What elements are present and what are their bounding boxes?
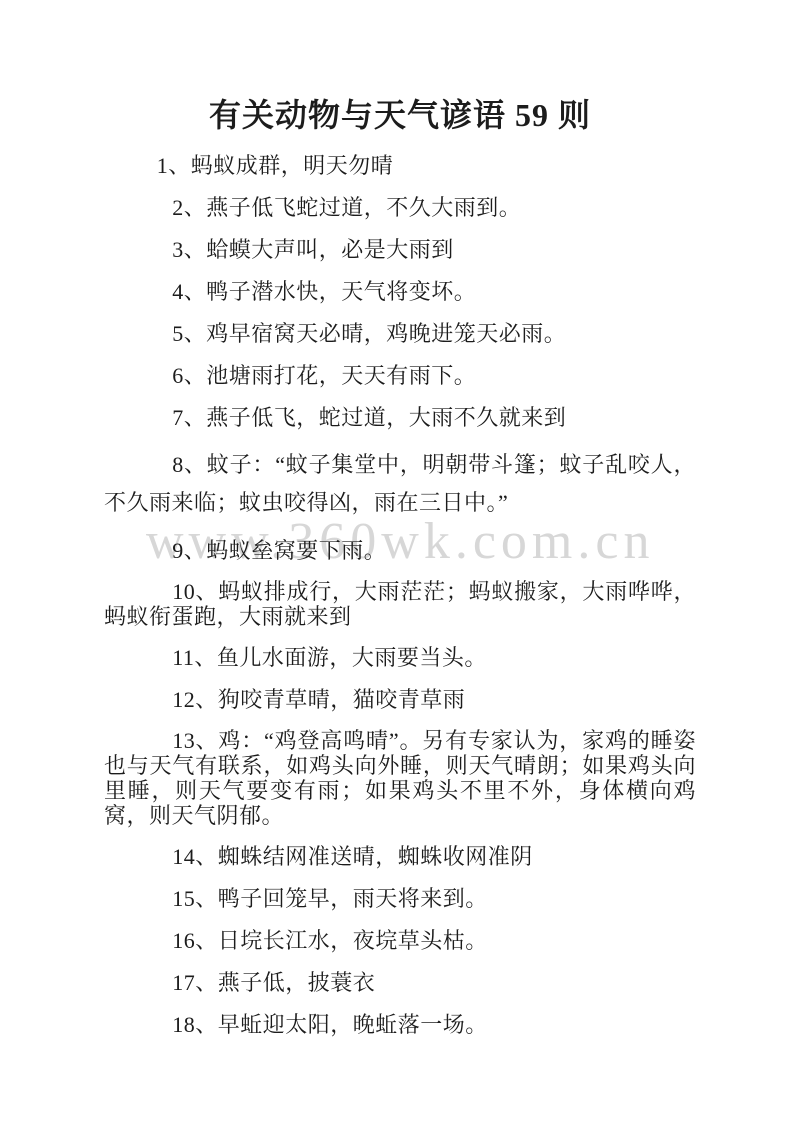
proverb-item: 18、早蚯迎太阳，晚蚯落一场。	[104, 1011, 696, 1038]
proverb-item: 13、鸡：“鸡登高鸣晴”。另有专家认为，家鸡的睡姿也与天气有联系，如鸡头向外睡，…	[104, 728, 696, 828]
proverb-item: 3、蛤蟆大声叫，必是大雨到	[104, 236, 696, 263]
proverb-item: 8、蚊子：“蚊子集堂中，明朝带斗篷；蚊子乱咬人，不久雨来临；蚊虫咬得凶，雨在三日…	[104, 446, 696, 522]
proverb-item: 15、鸭子回笼早，雨天将来到。	[104, 885, 696, 912]
proverb-item: 1、蚂蚁成群，明天勿晴	[104, 152, 696, 179]
proverb-item: 7、燕子低飞，蛇过道，大雨不久就来到	[104, 404, 696, 431]
proverb-item: 17、燕子低，披蓑衣	[104, 969, 696, 996]
proverb-item: 11、鱼儿水面游，大雨要当头。	[104, 644, 696, 671]
proverb-item: 9、蚂蚁垒窝要下雨。	[104, 537, 696, 564]
proverb-item: 5、鸡早宿窝天必晴，鸡晚进笼天必雨。	[104, 320, 696, 347]
proverb-list: 1、蚂蚁成群，明天勿晴 2、燕子低飞蛇过道，不久大雨到。 3、蛤蟆大声叫，必是大…	[104, 152, 696, 1038]
proverb-item: 12、狗咬青草晴，猫咬青草雨	[104, 686, 696, 713]
proverb-item: 2、燕子低飞蛇过道，不久大雨到。	[104, 194, 696, 221]
proverb-item: 6、池塘雨打花，天天有雨下。	[104, 362, 696, 389]
document-title: 有关动物与天气谚语 59 则	[104, 94, 696, 136]
proverb-item: 4、鸭子潜水快，天气将变坏。	[104, 278, 696, 305]
proverb-item: 16、日垸长江水，夜垸草头枯。	[104, 927, 696, 954]
proverb-item: 10、蚂蚁排成行，大雨茫茫；蚂蚁搬家，大雨哗哗，蚂蚁衔蛋跑，大雨就来到	[104, 579, 696, 629]
document-page: www.360wk.com.cn 有关动物与天气谚语 59 则 1、蚂蚁成群，明…	[0, 0, 800, 1132]
proverb-item: 14、蜘蛛结网准送晴，蜘蛛收网准阴	[104, 843, 696, 870]
